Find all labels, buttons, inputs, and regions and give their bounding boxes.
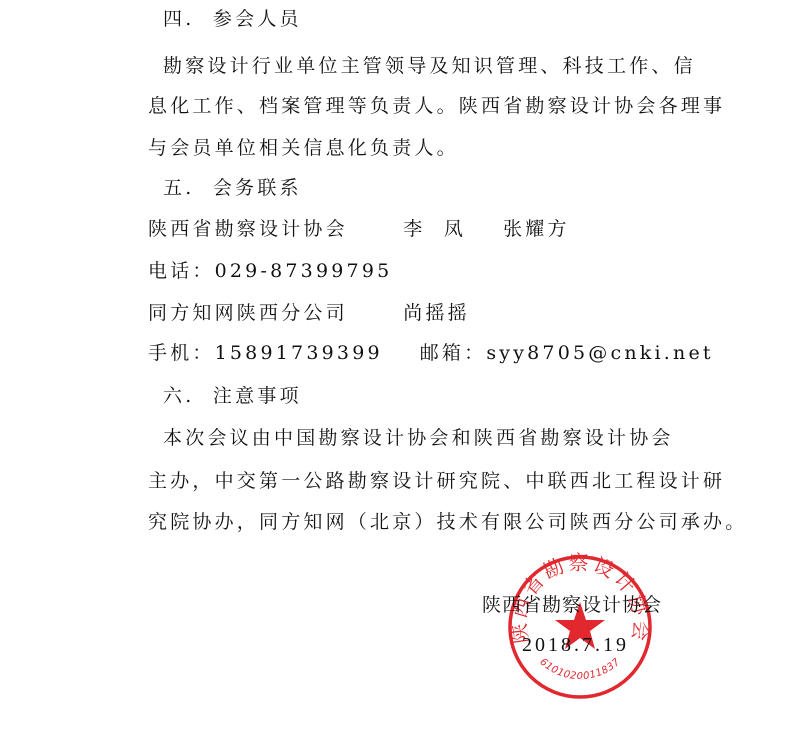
section-six-heading: 六. 注意事项 [163, 384, 302, 408]
section-five-heading: 五. 会务联系 [163, 176, 302, 200]
signature-date: 2018.7.19 [522, 633, 629, 657]
contact-mobile-email: 手机：15891739399 邮箱：syy8705@cnki.net [148, 341, 714, 365]
official-seal-icon: 陕西省勘察设计协会 6101020011837 [505, 552, 655, 702]
section-four-line-1: 勘察设计行业单位主管领导及知识管理、科技工作、信 [163, 54, 696, 78]
contact-org-1: 陕西省勘察设计协会 李 凤 张耀方 [148, 217, 570, 241]
section-four-line-3: 与会员单位相关信息化负责人。 [148, 136, 459, 160]
section-six-line-1: 本次会议由中国勘察设计协会和陕西省勘察设计协会 [163, 426, 674, 450]
contact-org-2: 同方知网陕西分公司 尚摇摇 [148, 301, 470, 325]
section-six-line-3: 究院协办，同方知网（北京）技术有限公司陕西分公司承办。 [148, 510, 747, 534]
signature-organization: 陕西省勘察设计协会 [482, 593, 662, 617]
contact-phone: 电话：029-87399795 [148, 259, 392, 283]
section-four-line-2: 息化工作、档案管理等负责人。陕西省勘察设计协会各理事 [148, 94, 725, 118]
section-six-line-2: 主办，中交第一公路勘察设计研究院、中联西北工程设计研 [148, 469, 725, 493]
svg-text:6101020011837: 6101020011837 [537, 657, 622, 683]
section-four-heading: 四. 参会人员 [163, 7, 302, 31]
